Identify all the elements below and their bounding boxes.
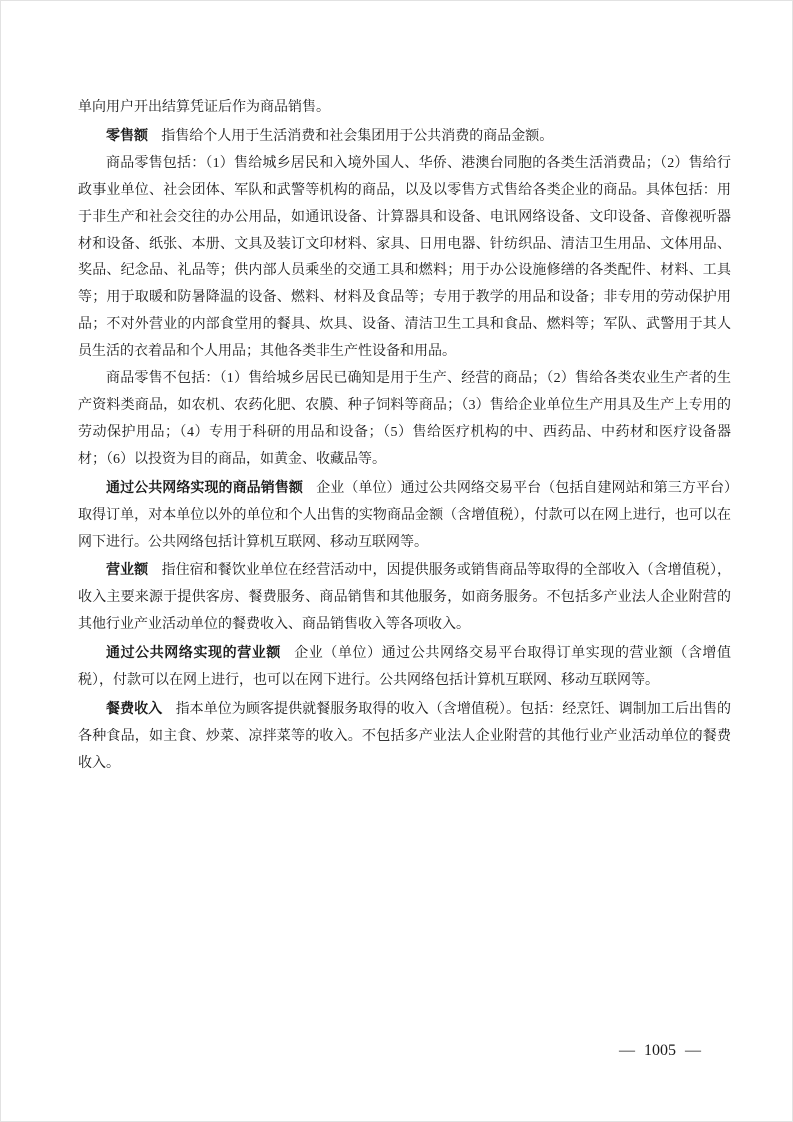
term-online-goods-sales: 通过公共网络实现的商品销售额 bbox=[106, 479, 303, 495]
definition-text: 指住宿和餐饮业单位在经营活动中，因提供服务或销售商品等取得的全部收入（含增值税）… bbox=[78, 563, 731, 632]
term-meal-income: 餐费收入 bbox=[106, 700, 162, 716]
page-body-text: 单向用户开出结算凭证后作为商品销售。 零售额指售给个人用于生活消费和社会集团用于… bbox=[78, 95, 731, 778]
definition-text: 指售给个人用于生活消费和社会集团用于公共消费的商品金额。 bbox=[161, 129, 553, 144]
footer-page-number: 1005 bbox=[644, 1042, 676, 1060]
footer-dash-right: — bbox=[685, 1042, 701, 1060]
term-retail-amount: 零售额 bbox=[106, 127, 148, 143]
document-page: 单向用户开出结算凭证后作为商品销售。 零售额指售给个人用于生活消费和社会集团用于… bbox=[0, 0, 793, 1122]
term-online-business-revenue: 通过公共网络实现的营业额 bbox=[106, 644, 281, 660]
definition-retail-amount: 零售额指售给个人用于生活消费和社会集团用于公共消费的商品金额。 bbox=[78, 122, 731, 151]
paragraph-retail-excludes: 商品零售不包括：（1）售给城乡居民已确知是用于生产、经营的商品；（2）售给各类农… bbox=[78, 366, 731, 474]
paragraph-retail-includes: 商品零售包括：（1）售给城乡居民和入境外国人、华侨、港澳台同胞的各类生活消费品；… bbox=[78, 151, 731, 366]
definition-business-revenue: 营业额指住宿和餐饮业单位在经营活动中，因提供服务或销售商品等取得的全部收入（含增… bbox=[78, 556, 731, 639]
definition-online-business-revenue: 通过公共网络实现的营业额企业（单位）通过公共网络交易平台取得订单实现的营业额（含… bbox=[78, 639, 731, 695]
definition-online-goods-sales: 通过公共网络实现的商品销售额企业（单位）通过公共网络交易平台（包括自建网站和第三… bbox=[78, 474, 731, 557]
term-business-revenue: 营业额 bbox=[106, 561, 148, 577]
paragraph-text: 商品零售不包括：（1）售给城乡居民已确知是用于生产、经营的商品；（2）售给各类农… bbox=[78, 371, 731, 467]
definition-meal-income: 餐费收入指本单位为顾客提供就餐服务取得的收入（含增值税）。包括：经烹饪、调制加工… bbox=[78, 695, 731, 778]
footer-dash-left: — bbox=[619, 1042, 635, 1060]
paragraph-text: 单向用户开出结算凭证后作为商品销售。 bbox=[78, 100, 330, 115]
page-number: — 1005 — bbox=[619, 1042, 701, 1060]
paragraph-text: 商品零售包括：（1）售给城乡居民和入境外国人、华侨、港澳台同胞的各类生活消费品；… bbox=[78, 156, 731, 359]
definition-text: 指本单位为顾客提供就餐服务取得的收入（含增值税）。包括：经烹饪、调制加工后出售的… bbox=[78, 702, 731, 771]
paragraph-carryover: 单向用户开出结算凭证后作为商品销售。 bbox=[78, 95, 731, 122]
